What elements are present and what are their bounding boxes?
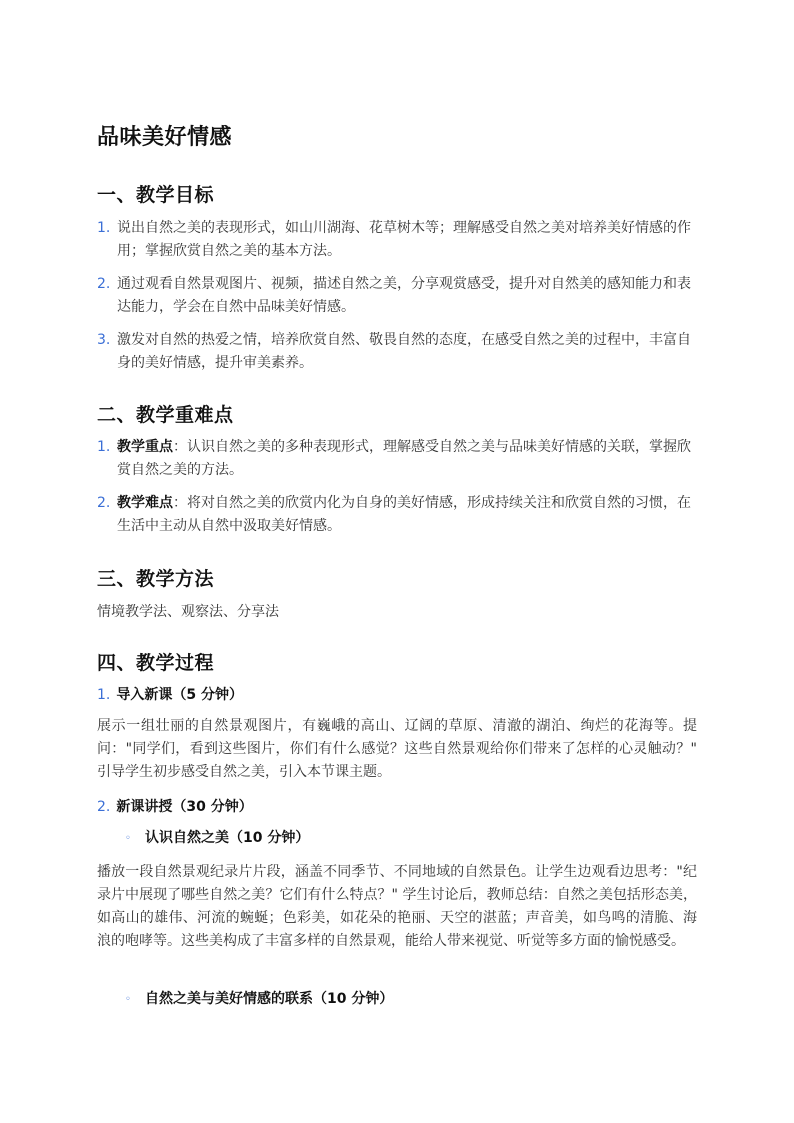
objectives-list: 1.说出自然之美的表现形式，如山川湖海、花草树木等；理解感受自然之美对培养美好情…: [97, 217, 697, 385]
list-item: 2.教学难点：将对自然之美的欣赏内化为自身的美好情感，形成持续关注和欣赏自然的习…: [97, 492, 697, 538]
list-item: 1.说出自然之美的表现形式，如山川湖海、花草树木等；理解感受自然之美对培养美好情…: [97, 217, 697, 263]
sub-item-recognize-nature-text: 播放一段自然景观纪录片片段，涵盖不同季节、不同地域的自然景色。让学生边观看边思考…: [97, 861, 697, 953]
key-points-list: 1.教学重点：认识自然之美的多种表现形式，理解感受自然之美与品味美好情感的关联，…: [97, 436, 697, 548]
methods-text: 情境教学法、观察法、分享法: [97, 601, 697, 624]
list-item: 3.激发对自然的热爱之情，培养欣赏自然、敬畏自然的态度，在感受自然之美的过程中，…: [97, 329, 697, 375]
section-heading-key-points: 二、教学重难点: [97, 400, 234, 427]
list-item: 2.通过观看自然景观图片、视频，描述自然之美，分享观赏感受，提升对自然美的感知能…: [97, 273, 697, 319]
difficult-point-label: 教学难点: [117, 495, 173, 511]
process-step-1-text: 展示一组壮丽的自然景观图片，有巍峨的高山、辽阔的草原、清澈的湖泊、绚烂的花海等。…: [97, 715, 697, 784]
bullet-icon: ◦: [125, 988, 131, 1011]
list-item: 1.教学重点：认识自然之美的多种表现形式，理解感受自然之美与品味美好情感的关联，…: [97, 436, 697, 482]
bullet-icon: ◦: [125, 827, 131, 850]
key-point-label: 教学重点: [117, 439, 173, 455]
section-heading-objectives: 一、教学目标: [97, 180, 214, 207]
process-step-2-title: 2.新课讲授（30 分钟）: [97, 796, 253, 819]
section-heading-methods: 三、教学方法: [97, 564, 214, 591]
process-step-1-title: 1.导入新课（5 分钟）: [97, 684, 243, 707]
document-title: 品味美好情感: [97, 120, 232, 151]
section-heading-process: 四、教学过程: [97, 648, 214, 675]
